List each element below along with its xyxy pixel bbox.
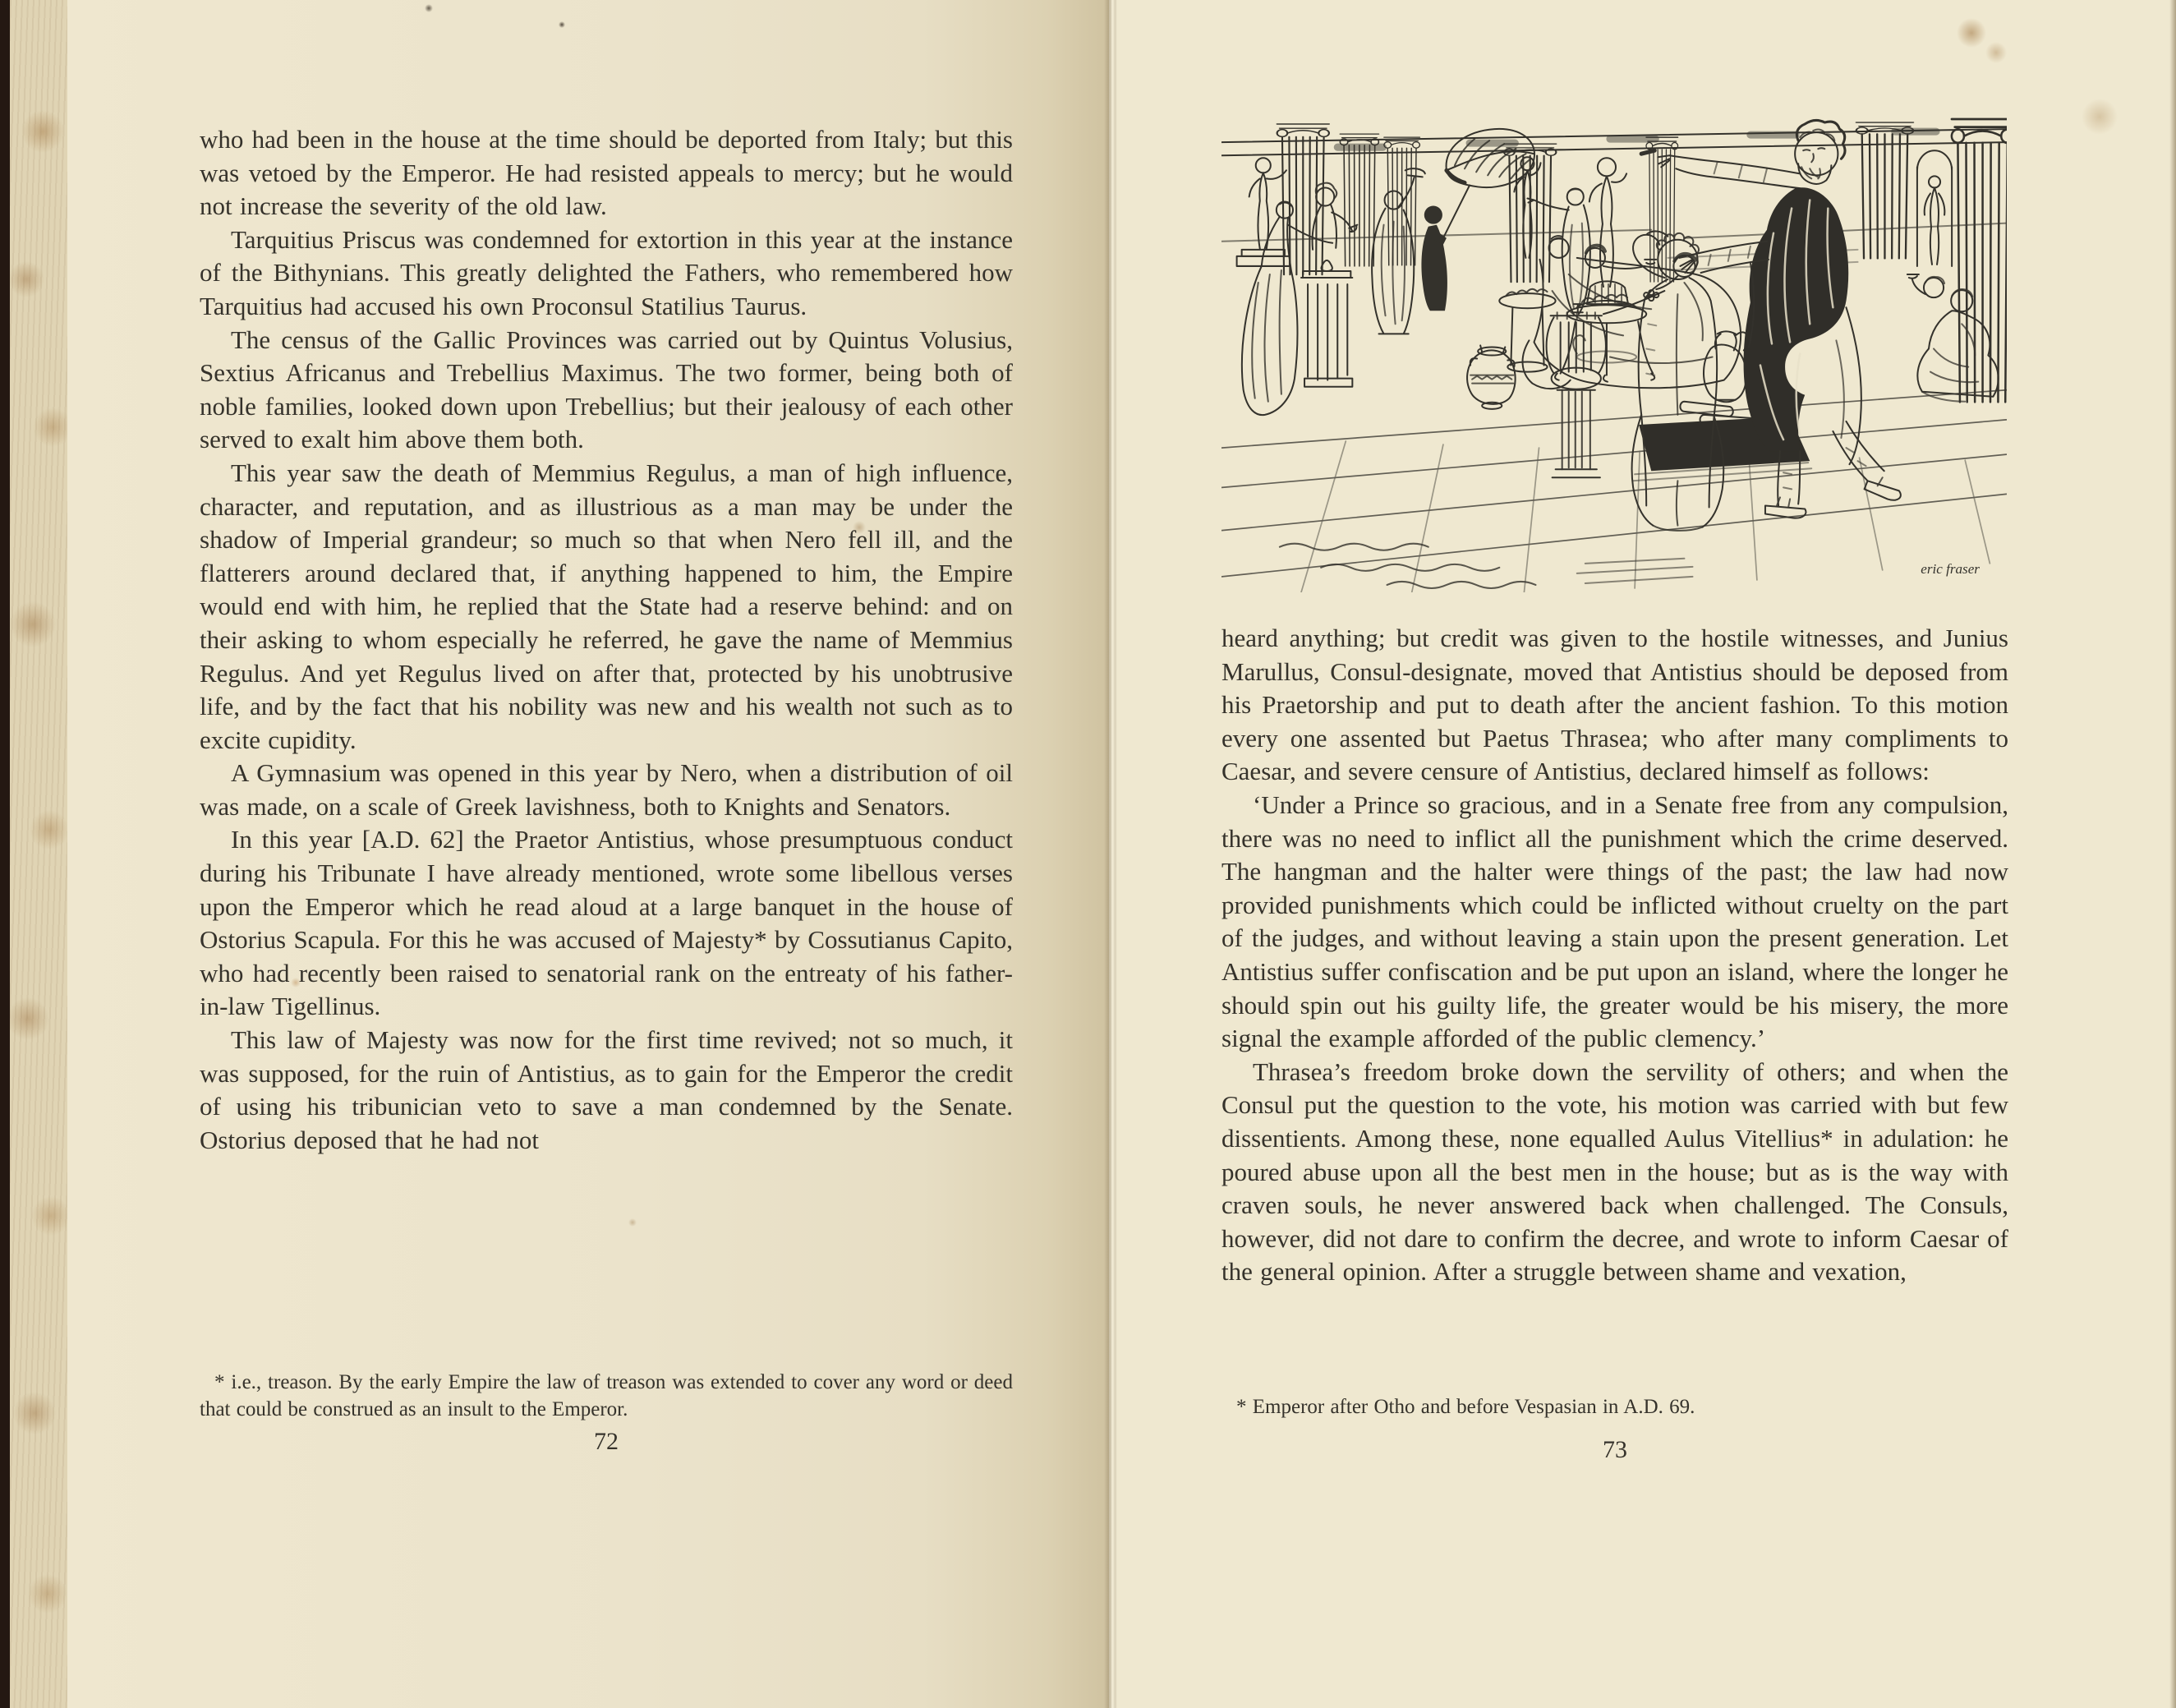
book-fore-edge	[10, 0, 69, 1708]
engraving-architrave	[1222, 129, 2007, 270]
body-paragraph: This law of Majesty was now for the firs…	[200, 1024, 1013, 1157]
right-page-number: 73	[1221, 1436, 2008, 1464]
engraving-shadow-hatching	[1280, 544, 1693, 588]
engraving-krater	[1467, 345, 1516, 408]
engraving-left-statue	[1237, 158, 1290, 266]
engraving-banqueters	[1523, 236, 1741, 389]
body-paragraph: The census of the Gallic Provinces was c…	[200, 324, 1013, 457]
body-paragraph: who had been in the house at the time sh…	[200, 123, 1013, 223]
banquet-engraving-illustration: eric fraser	[1221, 117, 2007, 592]
book-spread: eric fraser who had been in the house at…	[0, 0, 2176, 1708]
artist-signature: eric fraser	[1921, 561, 1980, 577]
body-paragraph: Tarquitius Priscus was condemned for ext…	[200, 223, 1013, 324]
body-paragraph: Thrasea’s freedom broke down the servili…	[1221, 1056, 2008, 1289]
body-paragraph: A Gymnasium was opened in this year by N…	[200, 757, 1013, 823]
engraving-svg: eric fraser	[1221, 117, 2007, 592]
right-page-footnote: * Emperor after Otho and before Vespasia…	[1221, 1393, 2008, 1420]
engraving-foreground-figure	[1603, 231, 1723, 530]
body-paragraph: This year saw the death of Memmius Regul…	[200, 457, 1013, 757]
right-page-body-text: heard anything; but credit was given to …	[1221, 622, 2008, 1289]
body-paragraph: In this year [A.D. 62] the Praetor Antis…	[200, 823, 1013, 1024]
body-paragraph: heard anything; but credit was given to …	[1221, 622, 2008, 789]
engraving-columns	[1277, 119, 2007, 402]
left-page-body-text: who had been in the house at the time sh…	[200, 123, 1013, 1157]
body-paragraph: ‘Under a Prince so gracious, and in a Se…	[1221, 789, 2008, 1056]
left-page-footnote: * i.e., treason. By the early Empire the…	[200, 1369, 1013, 1423]
gutter-crease	[1104, 0, 1117, 1708]
engraving-leaning-woman	[1242, 202, 1332, 416]
book-spine-edge	[0, 0, 10, 1708]
left-page-number: 72	[200, 1428, 1013, 1456]
engraving-niche-statue	[1917, 150, 1952, 266]
engraving-seated-listeners	[1907, 274, 1999, 402]
page-edge-trim	[2169, 0, 2176, 1708]
engraving-lyre	[1547, 312, 1606, 477]
